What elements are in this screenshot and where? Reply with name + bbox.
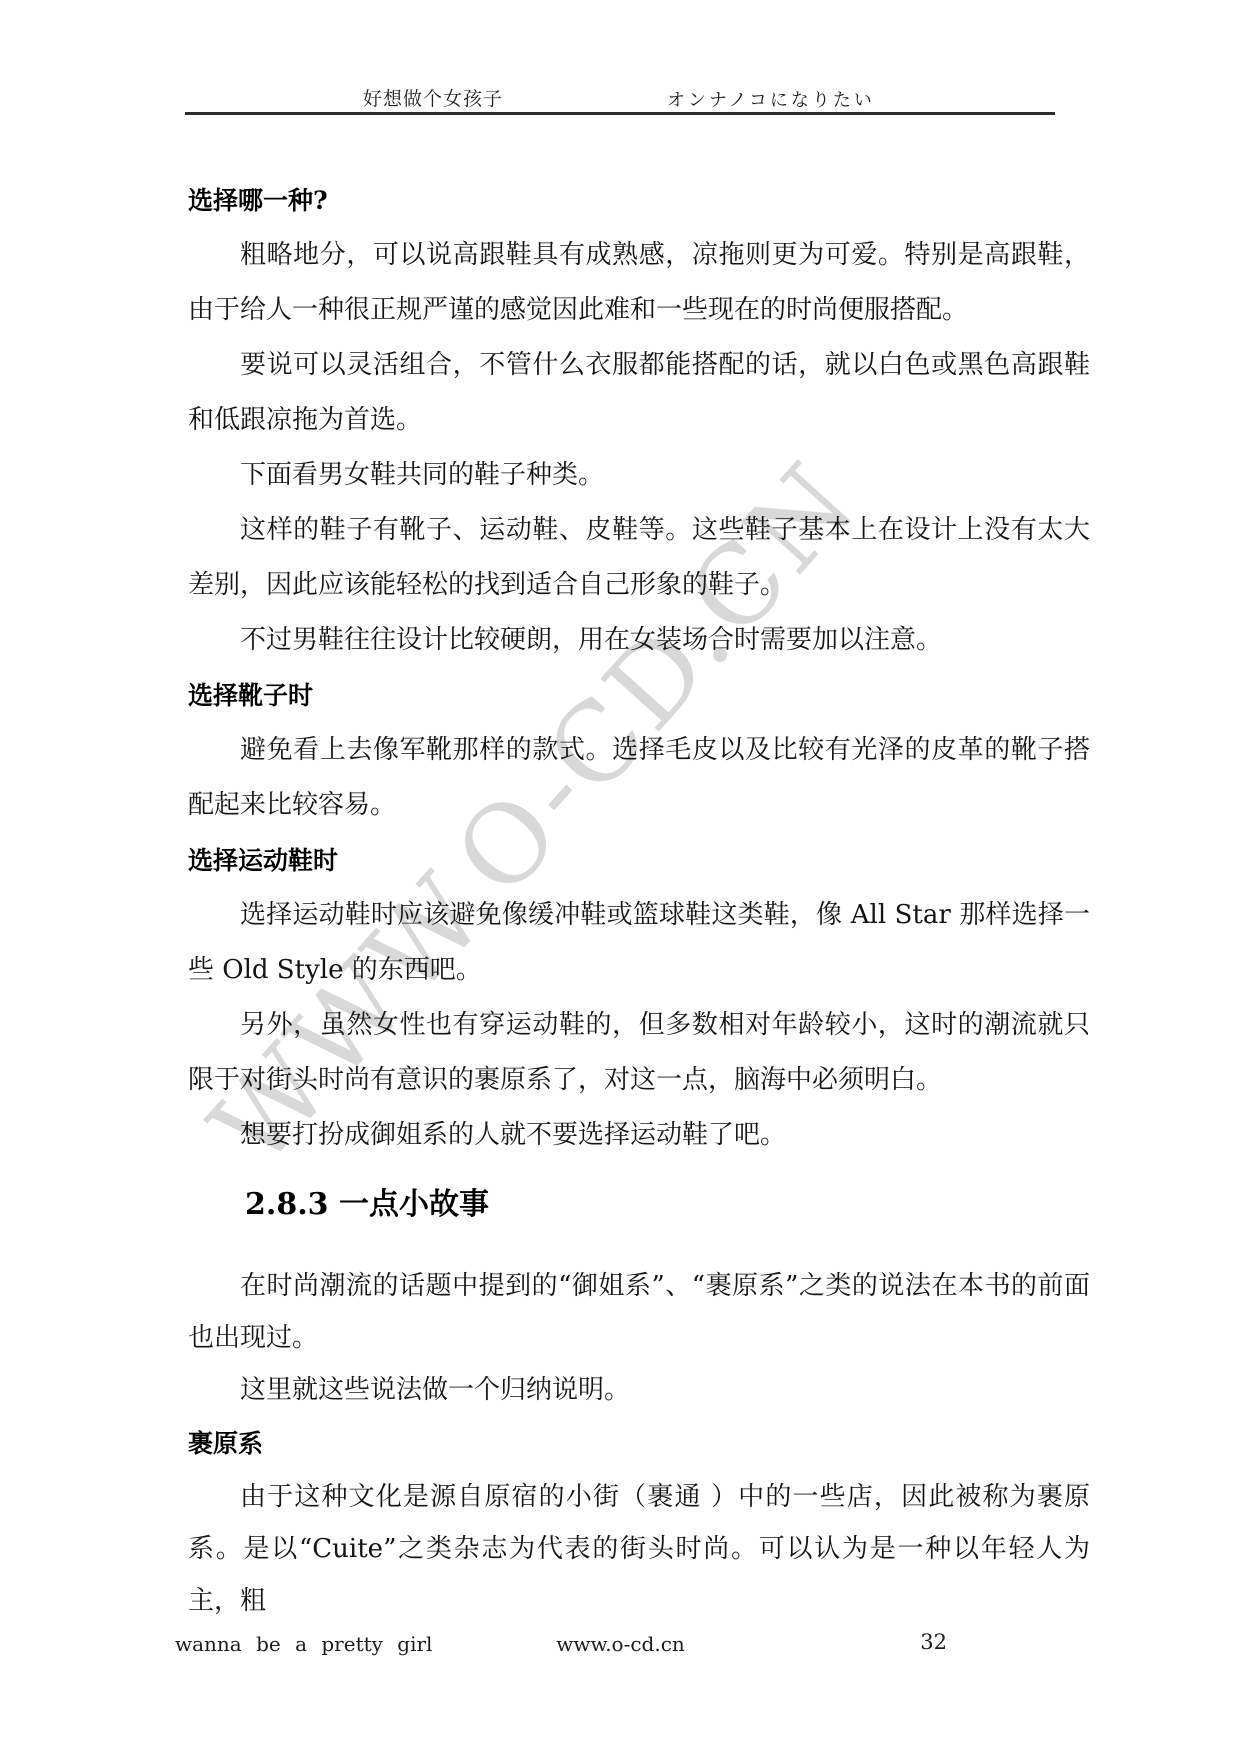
paragraph-sneakers-age: 另外，虽然女性也有穿运动鞋的，但多数相对年龄较小，这时的潮流就只限于对街头时尚有… <box>188 998 1090 1108</box>
paragraph-mens-note: 不过男鞋往往设计比较硬朗，用在女装场合时需要加以注意。 <box>188 613 1090 668</box>
paragraph-flexible-match: 要说可以灵活组合，不管什么衣服都能搭配的话，就以白色或黑色高跟鞋和低跟凉拖为首选… <box>188 338 1090 448</box>
heading-which-type: 选择哪一种? <box>188 173 1090 228</box>
section-title-283: 2.8.3 一点小故事 <box>188 1177 1090 1232</box>
footer-site-url: www.o-cd.cn <box>0 1632 1241 1656</box>
paragraph-boots-advice: 避免看上去像军靴那样的款式。选择毛皮以及比较有光泽的皮革的靴子搭配起来比较容易。 <box>188 723 1090 833</box>
paragraph-rough-split: 粗略地分，可以说高跟鞋具有成熟感，凉拖则更为可爱。特别是高跟鞋，由于给人一种很正… <box>188 228 1090 338</box>
paragraph-summary-note: 这里就这些说法做一个归纳说明。 <box>188 1364 1090 1416</box>
header-title-chinese: 好想做个女孩子 <box>363 84 503 111</box>
document-page: 好想做个女孩子 オンナノコになりたい WWW.O-CD.CN 选择哪一种? 粗略… <box>0 0 1241 1755</box>
paragraph-yujie-note: 想要打扮成御姐系的人就不要选择运动鞋了吧。 <box>188 1108 1090 1163</box>
heading-urahara: 裹原系 <box>188 1416 1090 1471</box>
heading-sneakers: 选择运动鞋时 <box>188 833 1090 888</box>
paragraph-common-types: 下面看男女鞋共同的鞋子种类。 <box>188 448 1090 503</box>
heading-boots: 选择靴子时 <box>188 668 1090 723</box>
paragraph-urahara-origin: 由于这种文化是源自原宿的小街（裹通 ）中的一些店，因此被称为裹原系。是以“Cui… <box>188 1471 1090 1627</box>
header-title-japanese: オンナノコになりたい <box>667 86 875 112</box>
page-content: 选择哪一种? 粗略地分，可以说高跟鞋具有成熟感，凉拖则更为可爱。特别是高跟鞋，由… <box>188 173 1090 1627</box>
footer-page-number: 32 <box>920 1630 947 1654</box>
paragraph-terms-intro: 在时尚潮流的话题中提到的“御姐系”、“裹原系”之类的说法在本书的前面也出现过。 <box>188 1260 1090 1364</box>
paragraph-type-list: 这样的鞋子有靴子、运动鞋、皮鞋等。这些鞋子基本上在设计上没有太大差别，因此应该能… <box>188 503 1090 613</box>
paragraph-sneakers-advice: 选择运动鞋时应该避免像缓冲鞋或篮球鞋这类鞋，像 All Star 那样选择一些 … <box>188 888 1090 998</box>
header-rule <box>185 112 1055 115</box>
